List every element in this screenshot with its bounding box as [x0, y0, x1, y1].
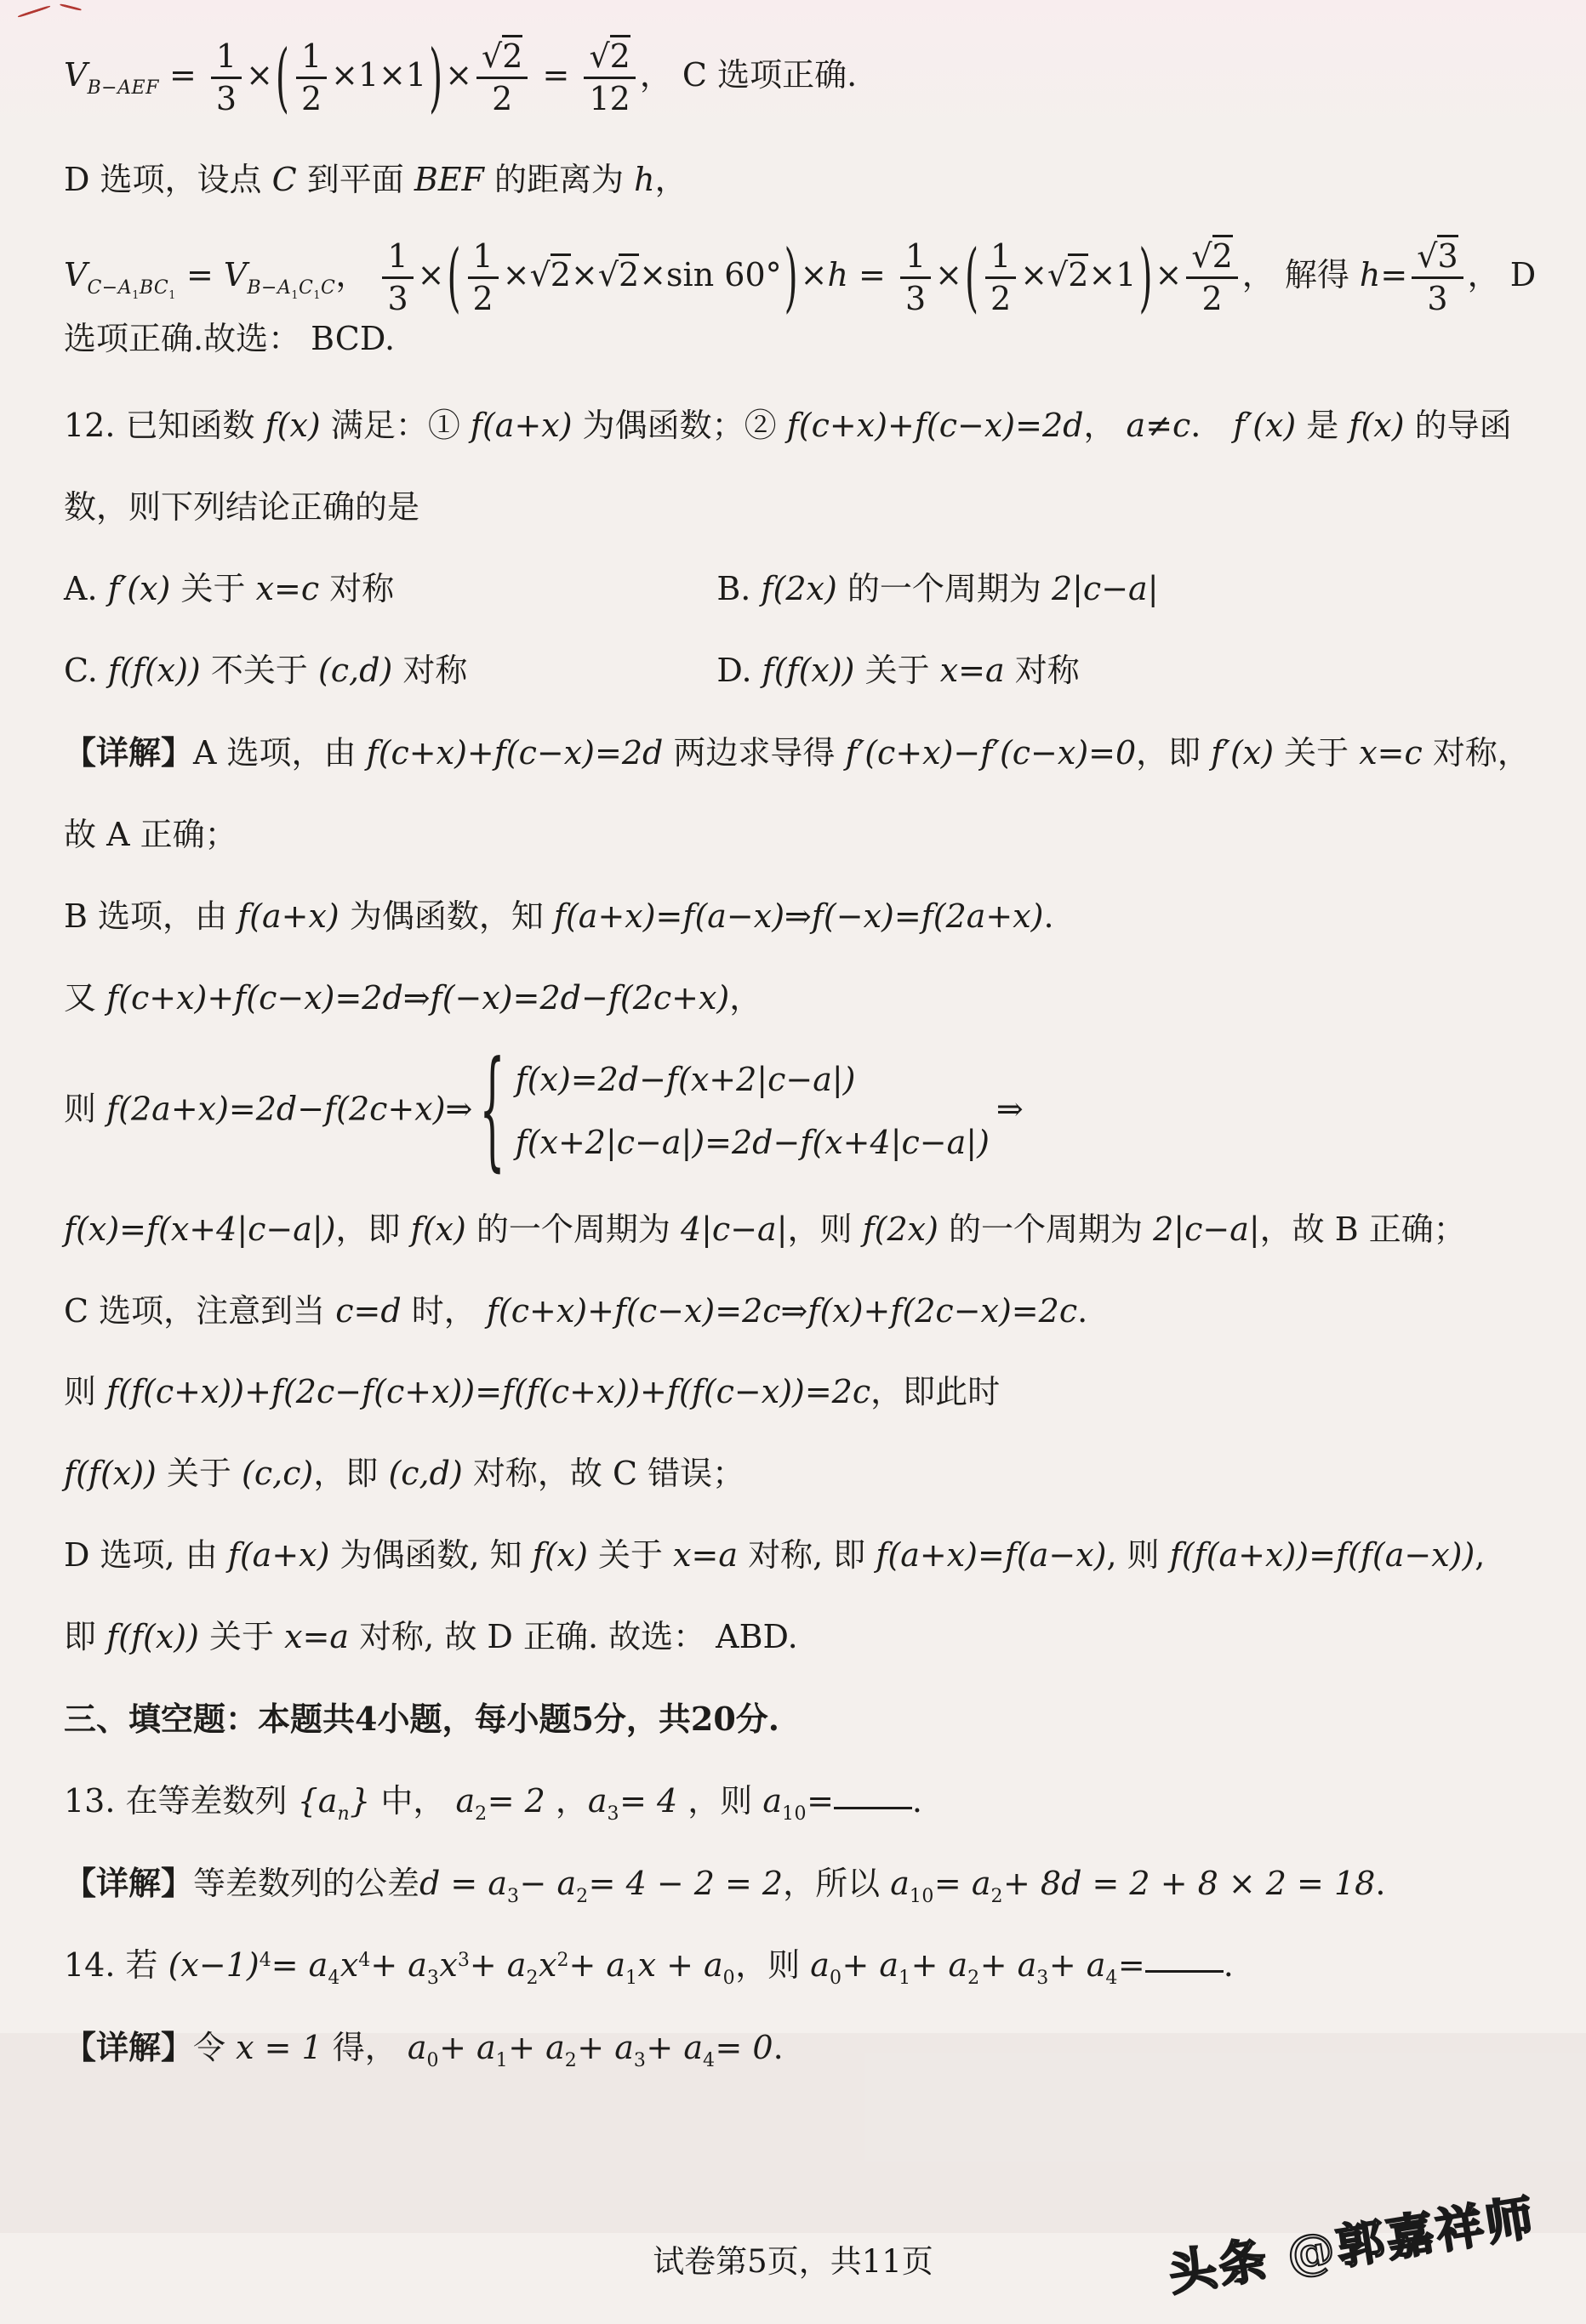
formula-volume-b-aef: VB−AEF = 13×(12×1×1)×√22 = √212， C 选项正确.	[64, 39, 1548, 117]
section-3-header: 三、填空题：本题共4小题，每小题5分，共20分.	[64, 1696, 1548, 1743]
q14-solution: 【详解】令 x = 1 得， a0+ a1+ a2+ a3+ a4= 0.	[64, 2025, 1548, 2071]
watermark: 头条 @郭嘉祥师	[1163, 2179, 1540, 2304]
document-body: VB−AEF = 13×(12×1×1)×√22 = √212， C 选项正确.…	[64, 39, 1548, 2107]
q12-solution-a-1: 【详解】A 选项，由 f(c+x)+f(c−x)=2d 两边求导得 f′(c+x…	[64, 730, 1548, 777]
q12-stem-2: 数，则下列结论正确的是	[64, 485, 1548, 531]
red-pen-mark	[60, 3, 82, 11]
q12-options-cd: C. f(f(x)) 不关于 (c,d) 对称D. f(f(x)) 关于 x=a…	[64, 648, 1548, 694]
q12-solution-a-2: 故 A 正确；	[64, 812, 1548, 858]
q12-solution-d-1: D 选项, 由 f(a+x) 为偶函数, 知 f(x) 关于 x=a 对称, 即…	[64, 1533, 1548, 1579]
q14-stem: 14. 若 (x−1)4= a4x4+ a3x3+ a2x2+ a1x + a0…	[64, 1943, 1548, 1989]
formula-volume-c-a1bc1: VC−A1BC1 = VB−A1C1C， 13×(12×√2×√2×sin 60…	[64, 239, 1548, 362]
q12-solution-c-2: 则 f(f(c+x))+f(2c−f(c+x))=f(f(c+x))+f(f(c…	[64, 1370, 1548, 1415]
q12-solution-b-3: f(x)=f(x+4|c−a|)，即 f(x) 的一个周期为 4|c−a|，则 …	[64, 1207, 1548, 1253]
option-c: C. f(f(x)) 不关于 (c,d) 对称	[64, 648, 716, 694]
option-b: B. f(2x) 的一个周期为 2|c−a|	[716, 567, 1158, 612]
q12-solution-b-2: 又 f(c+x)+f(c−x)=2d⇒f(−x)=2d−f(2c+x)，	[64, 976, 1548, 1022]
q12-solution-c-3: f(f(x)) 关于 (c,c)，即 (c,d) 对称，故 C 错误；	[64, 1451, 1548, 1497]
q12-stem-1: 12. 已知函数 f(x) 满足：① f(a+x) 为偶函数；② f(c+x)+…	[64, 403, 1548, 449]
q12-solution-b-cases: 则 f(2a+x)=2d−f(2c+x)⇒{f(x)=2d−f(x+2|c−a|…	[64, 1057, 1548, 1166]
q13-stem: 13. 在等差数列 {an} 中， a2= 2 ，a3= 4 ，则 a10= .	[64, 1779, 1548, 1825]
option-a: A. f′(x) 关于 x=c 对称	[64, 567, 716, 612]
q12-options-ab: A. f′(x) 关于 x=c 对称B. f(2x) 的一个周期为 2|c−a|	[64, 567, 1548, 612]
q12-solution-c-1: C 选项，注意到当 c=d 时， f(c+x)+f(c−x)=2c⇒f(x)+f…	[64, 1289, 1548, 1335]
q12-solution-d-2: 即 f(f(x)) 关于 x=a 对称, 故 D 正确. 故选： ABD.	[64, 1615, 1548, 1660]
text-option-d-setup: D 选项，设点 C 到平面 BEF 的距离为 h，	[64, 157, 1548, 203]
q12-solution-b-1: B 选项，由 f(a+x) 为偶函数，知 f(a+x)=f(a−x)⇒f(−x)…	[64, 894, 1548, 940]
red-pen-mark	[18, 5, 51, 18]
q13-solution: 【详解】等差数列的公差d = a3− a2= 4 − 2 = 2，所以 a10=…	[64, 1860, 1548, 1907]
option-d: D. f(f(x)) 关于 x=a 对称	[716, 648, 1079, 694]
